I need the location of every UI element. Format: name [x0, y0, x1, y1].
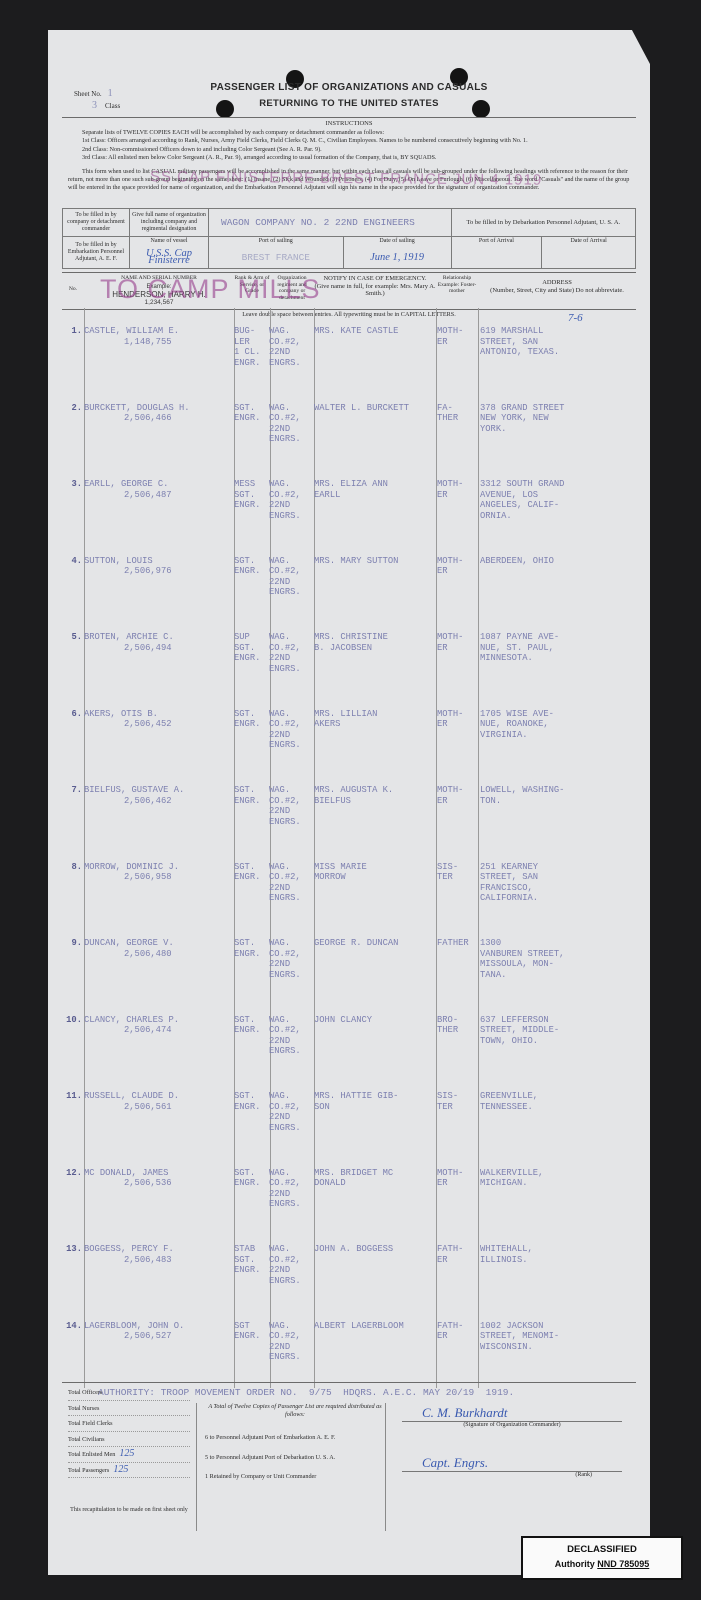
distribution-heading: A Total of Twelve Copies of Passenger Li…	[205, 1403, 385, 1418]
entry-number: 12.	[64, 1168, 82, 1179]
entry-address: 1087 PAYNE AVE- NUE, ST. PAUL, MINNESOTA…	[480, 632, 632, 664]
declassified-title: DECLASSIFIED	[523, 1544, 681, 1555]
entry-address: 619 MARSHALL STREET, SAN ANTONIO, TEXAS.	[480, 326, 632, 358]
instruction-paragraph: 3rd Class: All enlisted men below Color …	[68, 154, 630, 162]
date-arrival-label: Date of Arrival	[542, 237, 636, 247]
entry-address: 3312 SOUTH GRAND AVENUE, LOS ANGELES, CA…	[480, 479, 632, 521]
entry-organization: WAG. CO.#2, 22ND ENGRS.	[269, 862, 313, 904]
total-label: Total Passengers	[68, 1467, 109, 1474]
entry-serial: 2,506,462	[84, 796, 274, 807]
entry-relationship: MOTH- ER	[437, 632, 477, 653]
total-label: Total Officers	[68, 1389, 102, 1396]
entry-number: 9.	[64, 938, 82, 949]
entry-serial: 2,506,527	[84, 1331, 274, 1342]
col-notify-title: NOTIFY IN CASE OF EMERGENCY.	[314, 275, 436, 283]
entry-organization: WAG. CO.#2, 22ND ENGRS.	[269, 556, 313, 598]
total-label: Total Civilians	[68, 1436, 105, 1443]
entry-relationship: FATHER	[437, 938, 477, 949]
entry-organization: WAG. CO.#2, 22ND ENGRS.	[269, 785, 313, 827]
entry-notify: MRS. MARY SUTTON	[314, 556, 436, 567]
declassified-authority: Authority NND 785095	[523, 1559, 681, 1569]
total-label: Total Nurses	[68, 1405, 99, 1412]
col-notify-sub: (Give name in full, for example: Mrs. Ma…	[314, 283, 436, 298]
camp-stamp: TO CAMP MILLS	[100, 274, 321, 305]
entry-organization: WAG. CO.#2, 22ND ENGRS.	[269, 326, 313, 368]
entry-number: 6.	[64, 709, 82, 720]
entry-name: CASTLE, WILLIAM E.	[84, 326, 234, 337]
instruction-paragraph: Separate lists of TWELVE COPIES EACH wil…	[68, 129, 630, 137]
entry-relationship: MOTH- ER	[437, 709, 477, 730]
entry-notify: MRS. AUGUSTA K. BIELFUS	[314, 785, 436, 806]
entry-serial: 2,506,536	[84, 1178, 274, 1189]
entry-relationship: SIS- TER	[437, 862, 477, 883]
form-header-table: To be filled in by company or detachment…	[62, 208, 636, 269]
entry-relationship: MOTH- ER	[437, 326, 477, 347]
ship-stamp: SS CAP FINISTERRE BREST FRANCE JUN 4 191…	[150, 168, 542, 188]
rank-block: Capt. Engrs. (Rank)	[402, 1455, 622, 1478]
entry-organization: WAG. CO.#2, 22ND ENGRS.	[269, 709, 313, 751]
entry-notify: MRS. KATE CASTLE	[314, 326, 436, 337]
entry-organization: WAG. CO.#2, 22ND ENGRS.	[269, 1168, 313, 1210]
distribution-item: 6 to Personnel Adjutant Port of Embarkat…	[205, 1434, 385, 1442]
total-label: Total Field Clerks	[68, 1420, 113, 1427]
entry-serial: 2,506,483	[84, 1255, 274, 1266]
entry-name: LAGERBLOOM, JOHN O.	[84, 1321, 234, 1332]
entry-number: 4.	[64, 556, 82, 567]
distribution-item: 1 Retained by Company or Unit Commander	[205, 1473, 385, 1481]
embark-fill-label: To be filled in by Embarkation Personnel…	[63, 237, 130, 269]
entry-notify: MRS. LILLIAN AKERS	[314, 709, 436, 730]
authority-prefix: Authority	[555, 1559, 598, 1569]
entry-name: EARLL, GEORGE C.	[84, 479, 234, 490]
col-notify: NOTIFY IN CASE OF EMERGENCY. (Give name …	[314, 275, 436, 298]
document-subtitle: RETURNING TO THE UNITED STATES	[48, 98, 650, 109]
passenger-entry: 10.CLANCY, CHARLES P.SGT. ENGR.WAG. CO.#…	[62, 1015, 636, 1092]
passenger-entry: 2.BURCKETT, DOUGLAS H.SGT. ENGR.WAG. CO.…	[62, 403, 636, 480]
total-line: Total Nurses	[68, 1401, 190, 1417]
col-address-sub: (Number, Street, City and State) Do not …	[478, 287, 636, 295]
entry-serial: 2,506,452	[84, 719, 274, 730]
entry-relationship: MOTH- ER	[437, 479, 477, 500]
entry-notify: JOHN A. BOGGESS	[314, 1244, 436, 1255]
passenger-entry: 5.BROTEN, ARCHIE C.SUP SGT. ENGR.WAG. CO…	[62, 632, 636, 709]
entry-relationship: MOTH- ER	[437, 785, 477, 806]
entry-serial: 2,506,466	[84, 413, 274, 424]
vessel-value: U.S.S. Cap Finisterre	[130, 247, 209, 269]
entry-number: 11.	[64, 1091, 82, 1102]
entry-serial: 2,506,494	[84, 643, 274, 654]
port-arrival-value	[451, 247, 542, 269]
entry-relationship: FATH- ER	[437, 1321, 477, 1342]
entry-address: LOWELL, WASHING- TON.	[480, 785, 632, 806]
passenger-entry: 7.BIELFUS, GUSTAVE A.SGT. ENGR.WAG. CO.#…	[62, 785, 636, 862]
distribution-block: A Total of Twelve Copies of Passenger Li…	[196, 1403, 386, 1531]
port-sailing-value: BREST FRANCE	[209, 247, 344, 269]
entry-relationship: MOTH- ER	[437, 556, 477, 577]
entry-relationship: FATH- ER	[437, 1244, 477, 1265]
entry-name: BOGGESS, PERCY F.	[84, 1244, 234, 1255]
passenger-entry: 11.RUSSELL, CLAUDE D.SGT. ENGR.WAG. CO.#…	[62, 1091, 636, 1168]
passenger-entry: 4.SUTTON, LOUISSGT. ENGR.WAG. CO.#2, 22N…	[62, 556, 636, 633]
rank-value: Capt. Engrs.	[402, 1455, 622, 1471]
entry-number: 10.	[64, 1015, 82, 1026]
rank-label: (Rank)	[402, 1471, 622, 1478]
declassified-stamp: DECLASSIFIED Authority NND 785095	[521, 1536, 683, 1580]
entry-number: 3.	[64, 479, 82, 490]
date-sailing-value: June 1, 1919	[343, 247, 451, 269]
entry-notify: MISS MARIE MORROW	[314, 862, 436, 883]
entry-address: ABERDEEN, OHIO	[480, 556, 632, 567]
entry-name: SUTTON, LOUIS	[84, 556, 234, 567]
total-value: 125	[119, 1448, 134, 1459]
entry-serial: 2,506,480	[84, 949, 274, 960]
entry-serial: 2,506,487	[84, 490, 274, 501]
entry-organization: WAG. CO.#2, 22ND ENGRS.	[269, 479, 313, 521]
entry-name: CLANCY, CHARLES P.	[84, 1015, 234, 1026]
col-relationship: Relationship Example: Foster-mother	[436, 275, 478, 295]
entry-serial: 2,506,958	[84, 872, 274, 883]
entry-relationship: BRO- THER	[437, 1015, 477, 1036]
entry-address: GREENVILLE, TENNESSEE.	[480, 1091, 632, 1112]
entry-organization: WAG. CO.#2, 22ND ENGRS.	[269, 1321, 313, 1363]
port-sailing-label: Port of sailing	[209, 237, 344, 247]
entry-number: 13.	[64, 1244, 82, 1255]
entry-notify: ALBERT LAGERBLOOM	[314, 1321, 436, 1332]
authority-code: NND 785095	[597, 1559, 649, 1569]
entry-notify: MRS. HATTIE GIB- SON	[314, 1091, 436, 1112]
entry-address: 251 KEARNEY STREET, SAN FRANCISCO, CALIF…	[480, 862, 632, 904]
debark-label: To be filled in by Debarkation Personnel…	[451, 209, 635, 237]
signature-block: C. M. Burkhardt (Signature of Organizati…	[402, 1405, 622, 1428]
date-sailing-label: Date of sailing	[343, 237, 451, 247]
date-arrival-value	[542, 247, 636, 269]
entry-relationship: MOTH- ER	[437, 1168, 477, 1189]
col-address: ADDRESS (Number, Street, City and State)…	[478, 279, 636, 294]
entry-notify: MRS. CHRISTINE B. JACOBSEN	[314, 632, 436, 653]
entry-name: AKERS, OTIS B.	[84, 709, 234, 720]
passenger-entry: 13.BOGGESS, PERCY F.STAB SGT. ENGR.WAG. …	[62, 1244, 636, 1321]
entry-number: 7.	[64, 785, 82, 796]
entry-address: WALKERVILLE, MICHIGAN.	[480, 1168, 632, 1189]
entry-notify: MRS. ELIZA ANN EARLL	[314, 479, 436, 500]
entry-notify: MRS. BRIDGET MC DONALD	[314, 1168, 436, 1189]
col-no: No.	[62, 286, 84, 293]
entry-name: MORROW, DOMINIC J.	[84, 862, 234, 873]
margin-annotation: 7-6	[568, 312, 583, 324]
entry-number: 1.	[64, 326, 82, 337]
total-line: Total Enlisted Men125	[68, 1447, 190, 1463]
instruction-paragraph: 1st Class: Officers arranged according t…	[68, 137, 630, 145]
entry-serial: 1,148,755	[84, 337, 274, 348]
entry-name: BROTEN, ARCHIE C.	[84, 632, 234, 643]
passenger-entry: 3.EARLL, GEORGE C.MESS SGT. ENGR.WAG. CO…	[62, 479, 636, 556]
entry-serial: 2,506,474	[84, 1025, 274, 1036]
distribution-item: 5 to Personnel Adjutant Port of Debarkat…	[205, 1454, 385, 1462]
divider	[62, 117, 636, 118]
entry-address: 1705 WISE AVE- NUE, ROANOKE, VIRGINIA.	[480, 709, 632, 741]
entry-grade: BUG- LER 1 CL. ENGR.	[234, 326, 270, 368]
entry-number: 14.	[64, 1321, 82, 1332]
total-label: Total Enlisted Men	[68, 1451, 115, 1458]
instructions-heading: INSTRUCTIONS	[68, 120, 630, 128]
instruction-paragraph: 2nd Class: Non-commissioned Officers dow…	[68, 146, 630, 154]
entry-address: WHITEHALL, ILLINOIS.	[480, 1244, 632, 1265]
entry-number: 5.	[64, 632, 82, 643]
org-value: WAGON COMPANY NO. 2 22ND ENGINEERS	[209, 209, 452, 237]
company-fill-label: To be filled in by company or detachment…	[63, 209, 130, 237]
signature-value: C. M. Burkhardt	[402, 1405, 622, 1421]
recapitulation-section: AUTHORITY: TROOP MOVEMENT ORDER NO. 9/75…	[62, 1382, 636, 1533]
org-label: Give full name of organization including…	[130, 209, 209, 237]
passenger-entry: 6.AKERS, OTIS B.SGT. ENGR.WAG. CO.#2, 22…	[62, 709, 636, 786]
total-line: Total Passengers125	[68, 1463, 190, 1479]
entry-organization: WAG. CO.#2, 22ND ENGRS.	[269, 403, 313, 445]
total-value: 125	[113, 1464, 128, 1475]
entry-notify: JOHN CLANCY	[314, 1015, 436, 1026]
entry-address: 378 GRAND STREET NEW YORK, NEW YORK.	[480, 403, 632, 435]
entry-relationship: SIS- TER	[437, 1091, 477, 1112]
entry-name: RUSSELL, CLAUDE D.	[84, 1091, 234, 1102]
passenger-list-document: Sheet No.1 3Class PASSENGER LIST OF ORGA…	[48, 30, 650, 1575]
passenger-entry: 9.DUNCAN, GEORGE V.SGT. ENGR.WAG. CO.#2,…	[62, 938, 636, 1015]
entry-notify: GEORGE R. DUNCAN	[314, 938, 436, 949]
entry-serial: 2,506,976	[84, 566, 274, 577]
vessel-label: Name of vessel	[130, 237, 209, 247]
total-line: Total Civilians	[68, 1432, 190, 1448]
entry-address: 1300 VANBUREN STREET, MISSOULA, MON- TAN…	[480, 938, 632, 980]
passenger-entry: 8.MORROW, DOMINIC J.SGT. ENGR.WAG. CO.#2…	[62, 862, 636, 939]
entry-organization: WAG. CO.#2, 22ND ENGRS.	[269, 1244, 313, 1286]
entry-number: 2.	[64, 403, 82, 414]
signature-label: (Signature of Organization Commander)	[402, 1421, 622, 1428]
entry-name: BURCKETT, DOUGLAS H.	[84, 403, 234, 414]
passenger-entry: 1.CASTLE, WILLIAM E.BUG- LER 1 CL. ENGR.…	[62, 326, 636, 403]
entry-organization: WAG. CO.#2, 22ND ENGRS.	[269, 938, 313, 980]
entry-address: 1002 JACKSON STREET, MENOMI- WISCONSIN.	[480, 1321, 632, 1353]
entry-name: DUNCAN, GEORGE V.	[84, 938, 234, 949]
total-line: Total Officers	[68, 1385, 190, 1401]
passenger-entries: 1.CASTLE, WILLIAM E.BUG- LER 1 CL. ENGR.…	[62, 326, 636, 1397]
document-title: PASSENGER LIST OF ORGANIZATIONS AND CASU…	[48, 82, 650, 93]
entry-organization: WAG. CO.#2, 22ND ENGRS.	[269, 1015, 313, 1057]
entry-notify: WALTER L. BURCKETT	[314, 403, 436, 414]
recap-note: This recapitulation to be made on first …	[68, 1507, 190, 1514]
entry-relationship: FA- THER	[437, 403, 477, 424]
entry-name: BIELFUS, GUSTAVE A.	[84, 785, 234, 796]
col-address-title: ADDRESS	[478, 279, 636, 287]
entry-number: 8.	[64, 862, 82, 873]
entry-serial: 2,506,561	[84, 1102, 274, 1113]
total-line: Total Field Clerks	[68, 1416, 190, 1432]
entry-name: MC DONALD, JAMES	[84, 1168, 234, 1179]
passenger-entry: 12.MC DONALD, JAMESSGT. ENGR.WAG. CO.#2,…	[62, 1168, 636, 1245]
entry-organization: WAG. CO.#2, 22ND ENGRS.	[269, 632, 313, 674]
port-arrival-label: Port of Arrival	[451, 237, 542, 247]
leave-space-note: Leave double space between entries. All …	[48, 311, 650, 318]
entry-address: 637 LEFFERSON STREET, MIDDLE- TOWN, OHIO…	[480, 1015, 632, 1047]
totals-list: Total OfficersTotal NursesTotal Field Cl…	[68, 1385, 190, 1478]
entry-organization: WAG. CO.#2, 22ND ENGRS.	[269, 1091, 313, 1133]
